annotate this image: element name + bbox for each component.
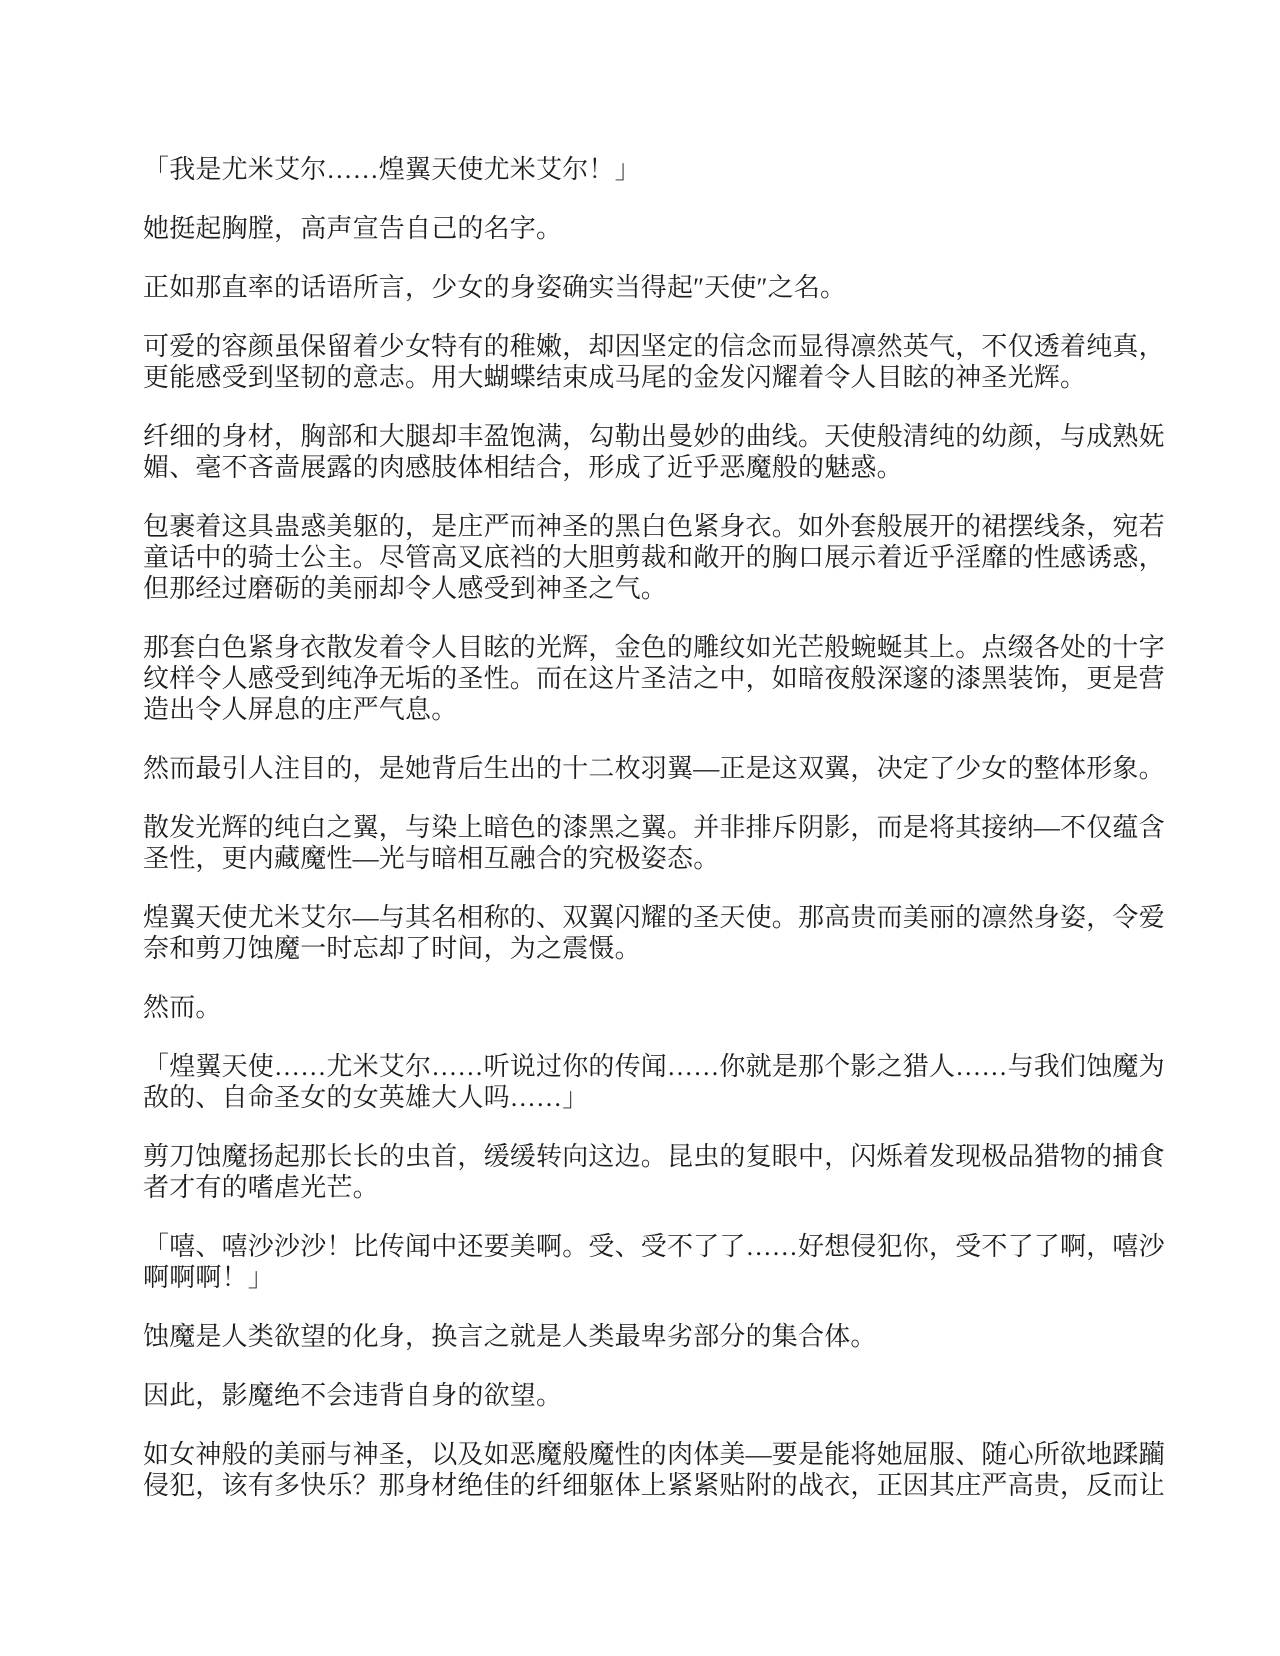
dialogue-paragraph: 「煌翼天使……尤米艾尔……听说过你的传闻……你就是那个影之猎人……与我们蚀魔为 … [143,1051,1180,1113]
narration-paragraph: 蚀魔是人类欲望的化身，换言之就是人类最卑劣部分的集合体。 [143,1321,1180,1352]
narration-paragraph: 纤细的身材，胸部和大腿却丰盈饱满，勾勒出曼妙的曲线。天使般清纯的幼颜，与成熟妩 … [143,421,1180,483]
narration-paragraph: 然而最引人注目的，是她背后生出的十二枚羽翼—正是这双翼，决定了少女的整体形象。 [143,753,1180,784]
narration-paragraph: 可爱的容颜虽保留着少女特有的稚嫩，却因坚定的信念而显得凛然英气，不仅透着纯真， … [143,331,1180,393]
narration-paragraph: 那套白色紧身衣散发着令人目眩的光辉，金色的雕纹如光芒般蜿蜒其上。点缀各处的十字 … [143,632,1180,725]
narration-paragraph: 正如那直率的话语所言，少女的身姿确实当得起″天使″之名。 [143,272,1180,303]
novel-page: 「我是尤米艾尔……煌翼天使尤米艾尔！」 她挺起胸膛，高声宣告自己的名字。 正如那… [0,0,1280,1656]
narration-paragraph: 如女神般的美丽与神圣，以及如恶魔般魔性的肉体美—要是能将她屈服、随心所欲地蹂躏 … [143,1439,1180,1501]
dialogue-paragraph: 「我是尤米艾尔……煌翼天使尤米艾尔！」 [143,154,1180,185]
narration-paragraph: 然而。 [143,992,1180,1023]
narration-paragraph: 煌翼天使尤米艾尔—与其名相称的、双翼闪耀的圣天使。那高贵而美丽的凛然身姿，令爱 … [143,902,1180,964]
narration-paragraph: 她挺起胸膛，高声宣告自己的名字。 [143,213,1180,244]
narration-paragraph: 散发光辉的纯白之翼，与染上暗色的漆黑之翼。并非排斥阴影，而是将其接纳—不仅蕴含 … [143,812,1180,874]
dialogue-paragraph: 「嘻、嘻沙沙沙！比传闻中还要美啊。受、受不了了……好想侵犯你，受不了了啊，嘻沙 … [143,1231,1180,1293]
narration-paragraph: 因此，影魔绝不会违背自身的欲望。 [143,1380,1180,1411]
narration-paragraph: 包裹着这具蛊惑美躯的，是庄严而神圣的黑白色紧身衣。如外套般展开的裙摆线条，宛若 … [143,511,1180,604]
narration-paragraph: 剪刀蚀魔扬起那长长的虫首，缓缓转向这边。昆虫的复眼中，闪烁着发现极品猎物的捕食 … [143,1141,1180,1203]
